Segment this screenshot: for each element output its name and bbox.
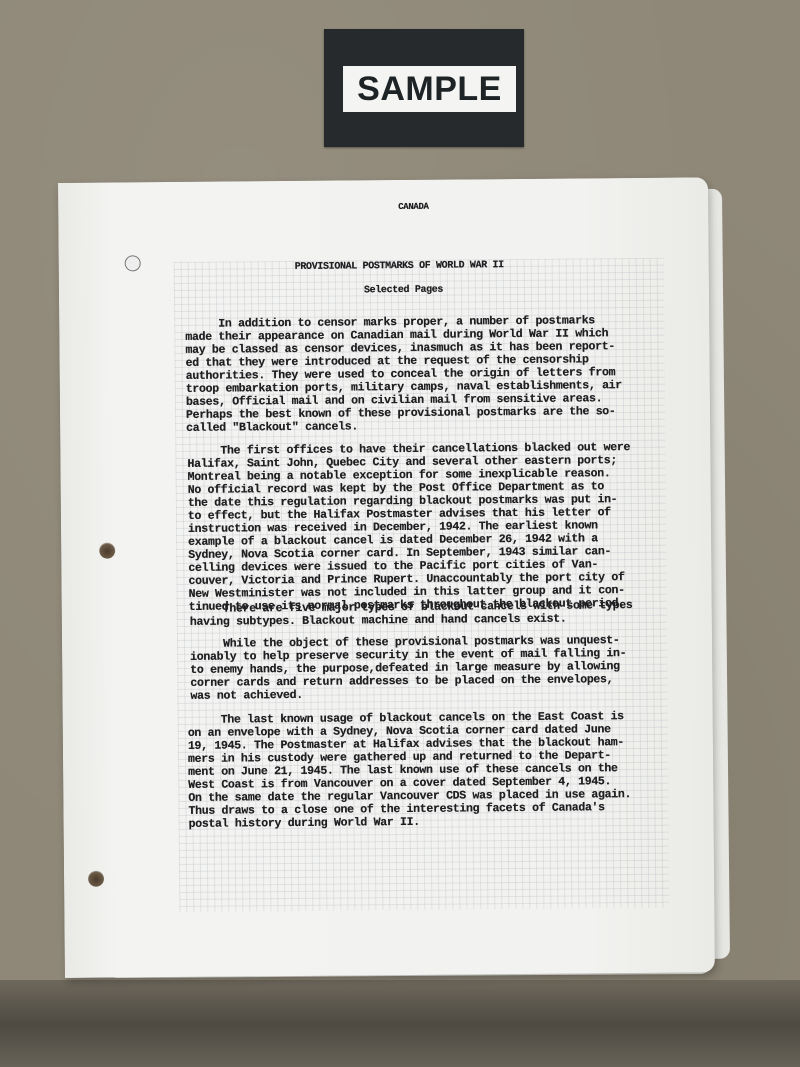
- page-header-country: CANADA: [398, 201, 428, 214]
- paragraph: In addition to censor marks proper, a nu…: [185, 314, 622, 435]
- paragraph: The last known usage of blackout cancels…: [188, 710, 632, 831]
- sample-card: SAMPLE: [324, 29, 524, 147]
- document-title: PROVISIONAL POSTMARKS OF WORLD WAR II: [295, 259, 504, 274]
- table-surface-shadow: [0, 980, 800, 1067]
- sample-label: SAMPLE: [343, 66, 516, 112]
- punch-hole-icon: [88, 871, 104, 887]
- paragraph: The first offices to have their cancella…: [187, 441, 631, 614]
- punch-hole-icon: [99, 543, 115, 559]
- paragraph: While the object of these provisional po…: [190, 634, 627, 703]
- punch-hole-icon: [125, 255, 141, 271]
- document-subtitle: Selected Pages: [364, 284, 443, 298]
- document-page: CANADA PROVISIONAL POSTMARKS OF WORLD WA…: [58, 177, 715, 978]
- paragraph: There are five major types of blackout c…: [190, 599, 633, 629]
